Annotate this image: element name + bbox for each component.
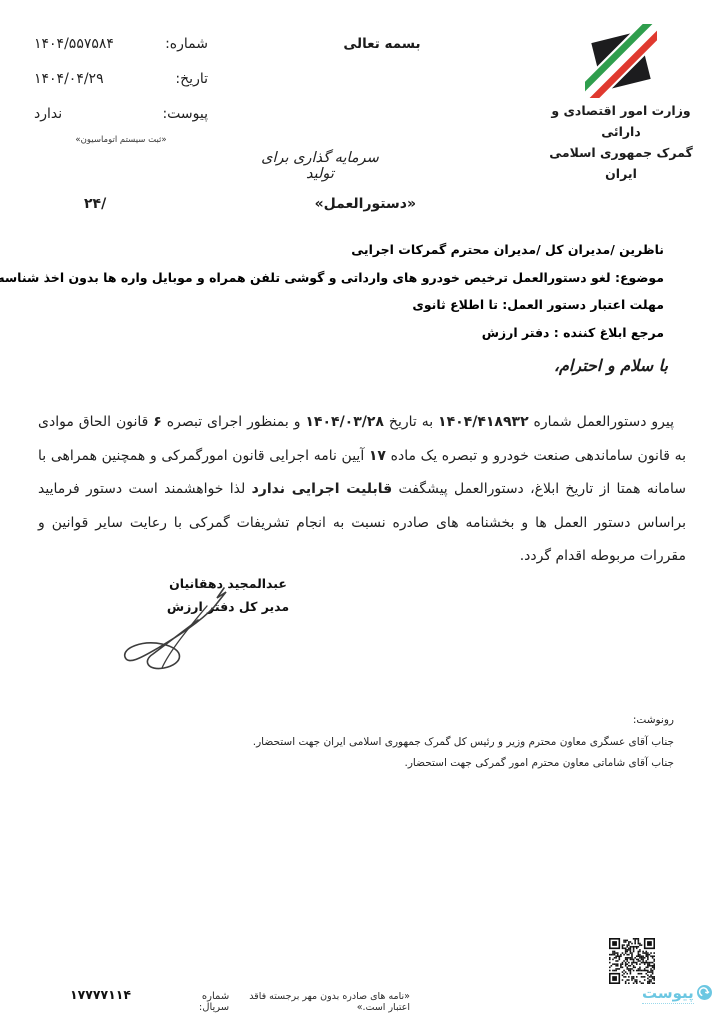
body-segment: به تاریخ bbox=[384, 414, 438, 430]
letter-page: شماره: ۱۴۰۴/۵۵۷۵۸۴ تاریخ: ۱۴۰۴/۰۴/۲۹ پیو… bbox=[0, 0, 724, 1024]
bismillah-text: بسمه تعالی bbox=[336, 36, 428, 52]
signature-scribble-icon bbox=[112, 584, 232, 676]
letter-info-block: ناظرین /مدیران کل /مدیران محترم گمرکات ا… bbox=[10, 236, 664, 346]
cc-label: رونوشت: bbox=[253, 710, 674, 732]
letter-date-row: تاریخ: ۱۴۰۴/۰۴/۲۹ bbox=[34, 71, 208, 87]
cc-item: جناب آقای عسگری معاون محترم وزیر و رئیس … bbox=[253, 732, 674, 754]
letter-number-row: شماره: ۱۴۰۴/۵۵۷۵۸۴ bbox=[34, 36, 208, 52]
qr-code bbox=[609, 937, 655, 985]
subject-line: موضوع: لغو دستورالعمل ترخیص خودرو های وا… bbox=[10, 264, 664, 292]
body-ref-number: ۱۴۰۴/۴۱۸۹۳۲ bbox=[438, 414, 529, 430]
body-paragraph: پیرو دستورالعمل شماره ۱۴۰۴/۴۱۸۹۳۲ به تار… bbox=[38, 406, 686, 574]
body-article-number: ۱۷ bbox=[369, 448, 386, 464]
letter-attachment-label: پیوست: bbox=[162, 106, 208, 122]
ministry-name: وزارت امور اقتصادی و دارائی bbox=[538, 100, 704, 142]
letter-number-value: ۱۴۰۴/۵۵۷۵۸۴ bbox=[34, 36, 114, 52]
body-bold-phrase: قابلیت اجرایی ندارد bbox=[252, 481, 393, 497]
serial-number-value: ۱۷۷۷۷۱۱۴ bbox=[70, 987, 131, 1002]
validity-line: مهلت اعتبار دستور العمل: تا اطلاع ثانوی bbox=[10, 291, 664, 319]
organization-name-block: وزارت امور اقتصادی و دارائی گمرک جمهوری … bbox=[538, 100, 704, 184]
cc-item: جناب آقای شاماتی معاون محترم امور گمرکی … bbox=[253, 753, 674, 775]
body-ref-date: ۱۴۰۴/۰۳/۲۸ bbox=[305, 414, 384, 430]
customs-logo-icon bbox=[585, 24, 657, 98]
salutation-text: با سلام و احترام، bbox=[554, 356, 668, 375]
year-slogan: سرمایه گذاری برای تولید bbox=[245, 150, 395, 182]
letter-attachment-row: پیوست: ندارد bbox=[34, 106, 208, 122]
footer-line: «نامه های صادره بدون مهر برجسته فاقد اعت… bbox=[70, 987, 410, 1013]
issuing-authority-line: مرجع ابلاغ کننده : دفتر ارزش bbox=[10, 319, 664, 347]
letter-date-value: ۱۴۰۴/۰۴/۲۹ bbox=[34, 71, 104, 87]
doc-type-title: «دستورالعمل» bbox=[318, 196, 416, 212]
body-note-number: ۶ bbox=[153, 414, 162, 430]
letter-attachment-value: ندارد bbox=[34, 106, 62, 122]
recipients-line: ناظرین /مدیران کل /مدیران محترم گمرکات ا… bbox=[10, 236, 664, 264]
body-segment: و بمنظور اجرای تبصره bbox=[162, 414, 306, 430]
press-watermark: پیوست bbox=[642, 984, 712, 1004]
customs-name: گمرک جمهوری اسلامی ایران bbox=[538, 142, 704, 184]
letter-number-label: شماره: bbox=[165, 36, 208, 52]
watermark-text: پیوست bbox=[642, 984, 694, 1004]
body-segment: پیرو دستورالعمل شماره bbox=[529, 414, 674, 430]
automation-note: «ثبت سیستم اتوماسیون» bbox=[34, 135, 208, 145]
footer-disclaimer: «نامه های صادره بدون مهر برجسته فاقد اعت… bbox=[245, 991, 410, 1013]
letter-meta-block: شماره: ۱۴۰۴/۵۵۷۵۸۴ تاریخ: ۱۴۰۴/۰۴/۲۹ پیو… bbox=[34, 36, 208, 145]
watermark-logo-icon bbox=[697, 985, 712, 1004]
ref-code: ۲۴/ bbox=[84, 196, 106, 212]
cc-block: رونوشت: جناب آقای عسگری معاون محترم وزیر… bbox=[253, 710, 674, 775]
serial-number-label: شماره سریال: bbox=[183, 991, 229, 1013]
letter-date-label: تاریخ: bbox=[175, 71, 208, 87]
